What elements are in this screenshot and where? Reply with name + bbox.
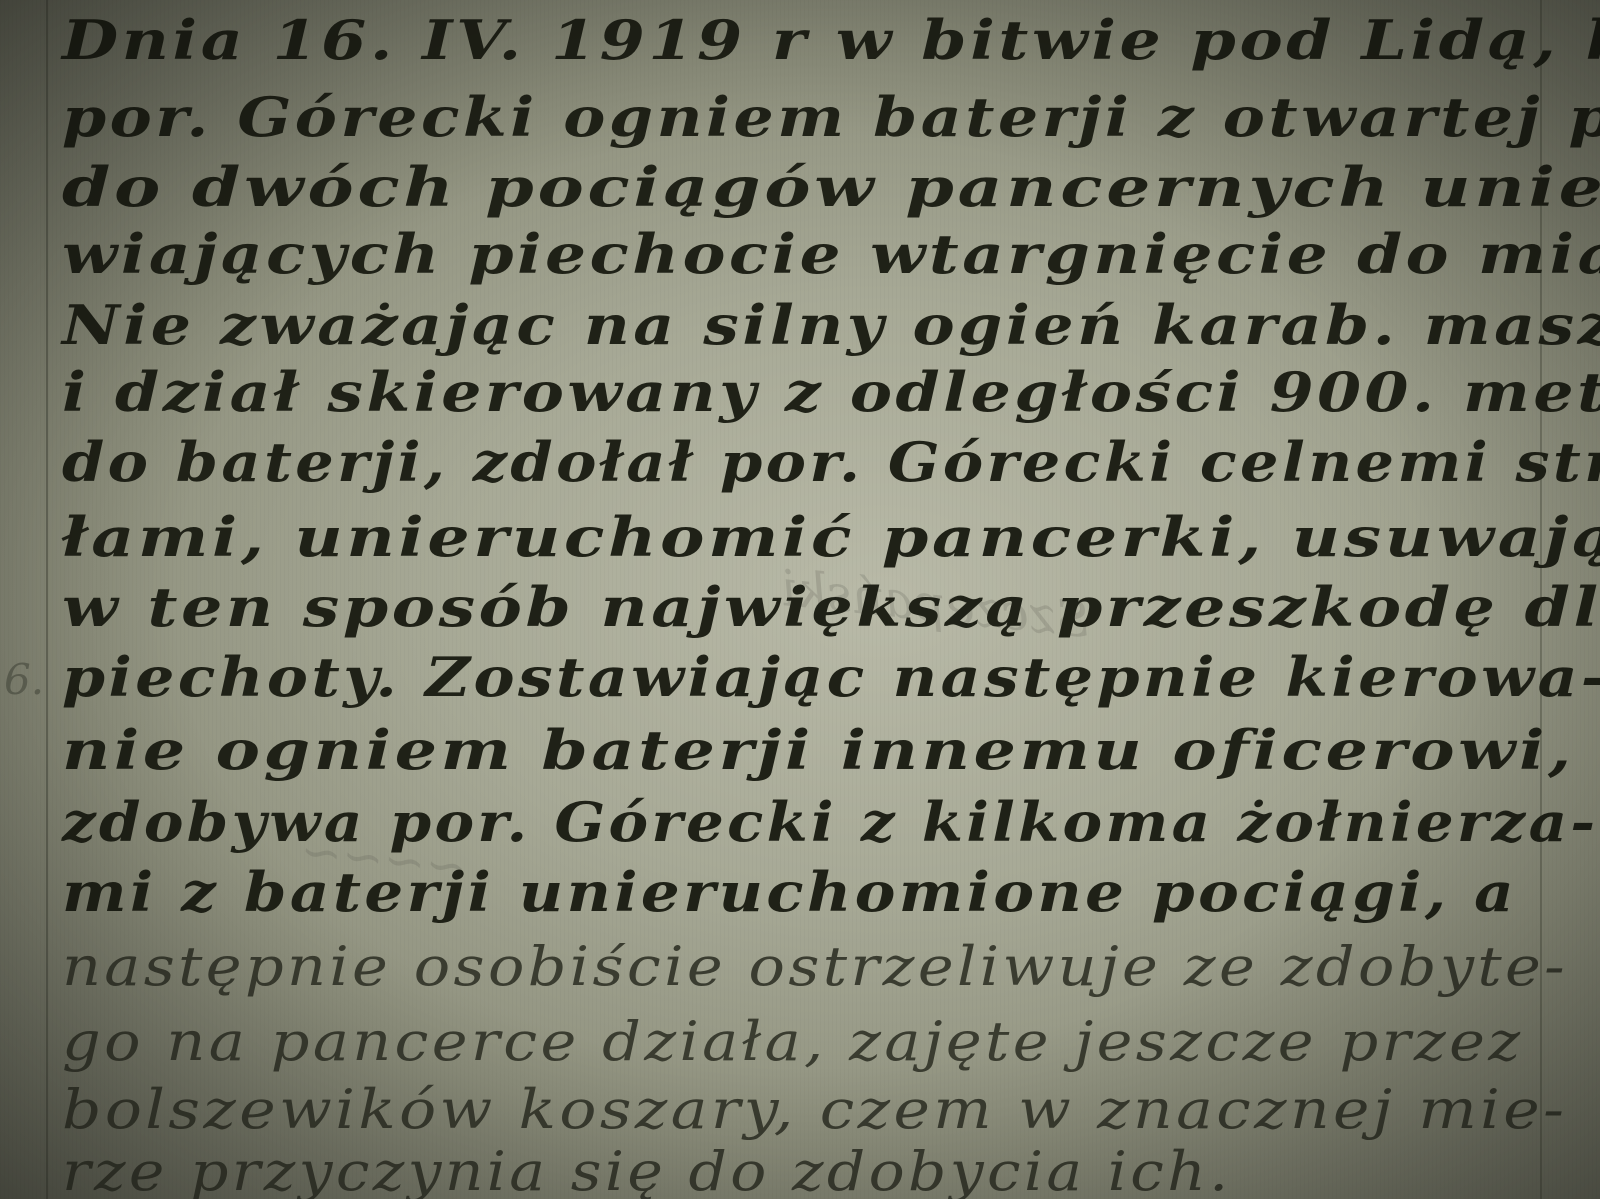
left-margin-rule (46, 0, 48, 1199)
margin-number: 6. (4, 655, 44, 704)
text-line: do baterji, zdołał por. Górecki celnemi … (62, 430, 1600, 494)
text-line: go na pancerce działa, zajęte jeszcze pr… (62, 1010, 1523, 1073)
text-line: Dnia 16. IV. 1919 r w bitwie pod Lidą, k… (62, 8, 1600, 72)
document-page: Szczepański ~~~~ 6. Dnia 16. IV. 1919 r … (0, 0, 1600, 1199)
text-line: rze przyczynia się do zdobycia ich. (62, 1140, 1232, 1199)
text-line: bolszewików koszary, czem w znacznej mie… (62, 1078, 1567, 1141)
text-line: następnie osobiście ostrzeliwuje ze zdob… (62, 935, 1568, 998)
text-line: w ten sposób największą przeszkodę dla (62, 575, 1600, 639)
text-line: mi z baterji unieruchomione pociągi, a (62, 860, 1517, 924)
text-line: piechoty. Zostawiając następnie kierowa- (62, 645, 1600, 709)
text-line: zdobywa por. Górecki z kilkoma żołnierza… (62, 790, 1598, 854)
text-line: do dwóch pociągów pancernych uniemożli- (62, 155, 1600, 219)
text-line: wiających piechocie wtargnięcie do miast… (62, 222, 1600, 286)
text-line: Nie zważając na silny ogień karab. maszy… (62, 293, 1600, 357)
text-line: nie ogniem baterji innemu oficerowi, (62, 718, 1575, 782)
text-line: łami, unieruchomić pancerki, usuwając (62, 505, 1600, 569)
text-line: i dział skierowany z odległości 900. met… (62, 360, 1600, 424)
text-line: por. Górecki ogniem baterji z otwartej p… (62, 85, 1600, 149)
